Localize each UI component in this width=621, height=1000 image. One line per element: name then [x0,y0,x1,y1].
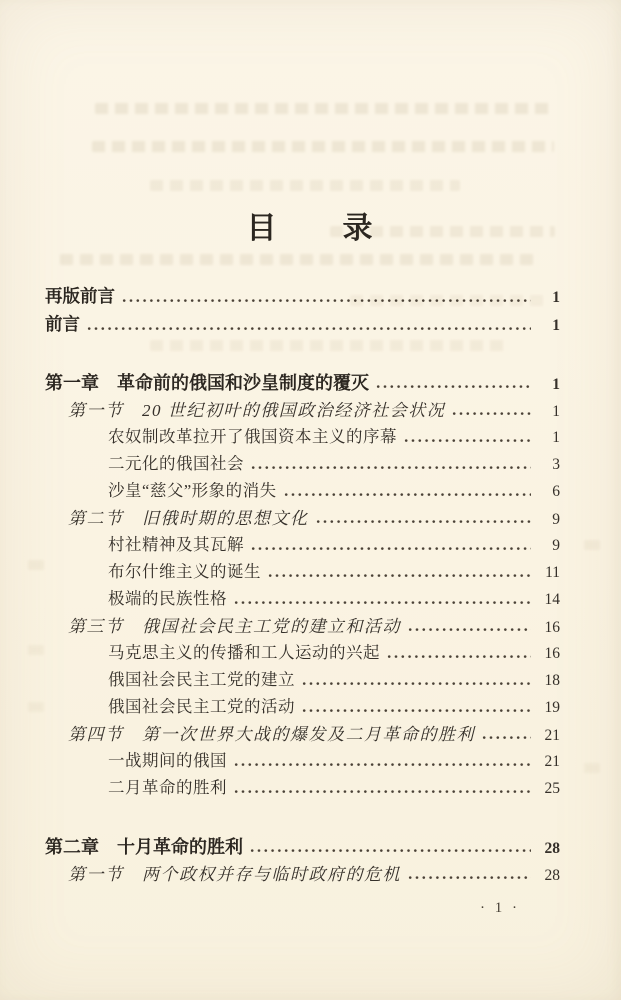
toc-entry-page-number: 21 [536,727,560,745]
dot-leader [482,734,531,742]
bleed-through-artifact [584,540,600,550]
dot-leader [234,788,531,796]
toc-entry-title: 第一节 两个政权并存与临时政府的危机 [68,860,401,885]
toc-entry-title: 前言 [45,311,80,336]
toc-entry-page-number: 25 [536,780,560,798]
toc-entry-title: 第二节 旧俄时期的思想文化 [68,504,309,529]
toc-entry-title: 马克思主义的传播和工人运动的兴起 [108,639,380,663]
dot-leader [268,572,531,580]
toc-entry-chapter: 第一章 革命前的俄国和沙皇制度的覆灭 1 [45,369,560,396]
dot-leader [387,653,531,661]
toc-entry-page-number: 6 [536,483,560,501]
toc-entry-title: 村社精神及其瓦解 [108,531,244,555]
bleed-through-artifact [95,103,555,114]
toc-entry-subsection: 农奴制改革拉开了俄国资本主义的序幕 1 [45,423,560,450]
bleed-through-artifact [28,702,44,712]
bleed-through-artifact [150,180,460,191]
toc-entry-title: 二元化的俄国社会 [108,450,244,474]
dot-leader [376,383,531,391]
toc-entry-title: 俄国社会民主工党的建立 [108,666,295,690]
toc-entry-page-number: 9 [536,511,560,529]
dot-leader [284,491,531,499]
dot-leader [251,464,531,472]
toc-entry-title: 第二章 十月革命的胜利 [45,833,243,859]
toc-entry-subsection: 俄国社会民主工党的活动 19 [45,693,560,720]
toc-entry-title: 俄国社会民主工党的活动 [108,693,295,717]
book-toc-page: 目 录 再版前言 1 前言 1 第一章 革命前的俄国和沙皇制度的覆灭 1 第一节… [0,0,621,1000]
toc-entry-page-number: 28 [536,840,560,858]
toc-entry-title: 一战期间的俄国 [108,747,227,771]
dot-leader [302,707,531,715]
toc-entry-subsection: 村社精神及其瓦解 9 [45,531,560,558]
toc-entry-page-number: 16 [536,619,560,637]
toc-entry-section: 第三节 俄国社会民主工党的建立和活动 16 [45,612,560,639]
toc-entry-page-number: 21 [536,753,560,771]
toc-entry-subsection: 二月革命的胜利 25 [45,774,560,801]
page-title: 目 录 [0,203,621,247]
toc-entry-section: 第四节 第一次世界大战的爆发及二月革命的胜利 21 [45,720,560,747]
toc-entry-section: 第二节 旧俄时期的思想文化 9 [45,504,560,531]
toc-entry-title: 第四节 第一次世界大战的爆发及二月革命的胜利 [68,720,475,745]
toc-entry-page-number: 16 [536,645,560,663]
toc-entry-title: 第一章 革命前的俄国和沙皇制度的覆灭 [45,369,369,395]
toc-entry-page-number: 1 [536,403,560,421]
toc-entry-page-number: 11 [536,564,560,582]
toc-entry-title: 第三节 俄国社会民主工党的建立和活动 [68,612,401,637]
toc-entry-title: 沙皇“慈父”形象的消失 [108,477,277,501]
toc-entry-subsection: 一战期间的俄国 21 [45,747,560,774]
bleed-through-artifact [92,141,554,152]
bleed-through-artifact [60,254,540,265]
dot-leader [234,761,531,769]
toc-entry-page-number: 1 [536,289,560,307]
toc-entry-front-matter: 再版前言 1 [45,283,560,311]
toc-entry-page-number: 19 [536,699,560,717]
bleed-through-artifact [28,560,44,570]
dot-leader [408,874,531,882]
dot-leader [404,437,531,445]
toc-entry-subsection: 二元化的俄国社会 3 [45,450,560,477]
toc-entry-page-number: 14 [536,591,560,609]
toc-entry-title: 布尔什维主义的诞生 [108,558,261,582]
toc-entry-subsection: 马克思主义的传播和工人运动的兴起 16 [45,639,560,666]
toc-entry-page-number: 3 [536,456,560,474]
bleed-through-artifact [584,763,600,773]
dot-leader [316,518,532,526]
dot-leader [234,599,531,607]
toc-entry-subsection: 极端的民族性格 14 [45,585,560,612]
toc-entry-title: 再版前言 [45,283,115,308]
toc-entry-title: 极端的民族性格 [108,585,227,609]
toc-entry-page-number: 1 [536,317,560,335]
dot-leader [251,545,531,553]
folio-page-number: · 1 · [470,900,530,917]
dot-leader [302,680,531,688]
toc-list: 再版前言 1 前言 1 第一章 革命前的俄国和沙皇制度的覆灭 1 第一节 20 … [45,283,560,887]
dot-leader [250,847,531,855]
dot-leader [122,297,531,305]
toc-entry-front-matter: 前言 1 [45,311,560,339]
dot-leader [87,325,531,333]
toc-entry-title: 二月革命的胜利 [108,774,227,798]
toc-entry-section: 第一节 两个政权并存与临时政府的危机 28 [45,860,560,887]
toc-entry-subsection: 布尔什维主义的诞生 11 [45,558,560,585]
toc-entry-title: 农奴制改革拉开了俄国资本主义的序幕 [108,423,397,447]
toc-entry-subsection: 俄国社会民主工党的建立 18 [45,666,560,693]
toc-entry-page-number: 9 [536,537,560,555]
toc-entry-page-number: 18 [536,672,560,690]
dot-leader [408,626,531,634]
bleed-through-artifact [28,645,44,655]
toc-entry-subsection: 沙皇“慈父”形象的消失 6 [45,477,560,504]
toc-entry-page-number: 1 [536,429,560,447]
toc-entry-section: 第一节 20 世纪初叶的俄国政治经济社会状况 1 [45,396,560,423]
toc-entry-page-number: 1 [536,376,560,394]
toc-entry-title: 第一节 20 世纪初叶的俄国政治经济社会状况 [68,396,445,421]
toc-entry-chapter: 第二章 十月革命的胜利 28 [45,833,560,860]
toc-entry-page-number: 28 [536,867,560,885]
dot-leader [452,410,531,418]
